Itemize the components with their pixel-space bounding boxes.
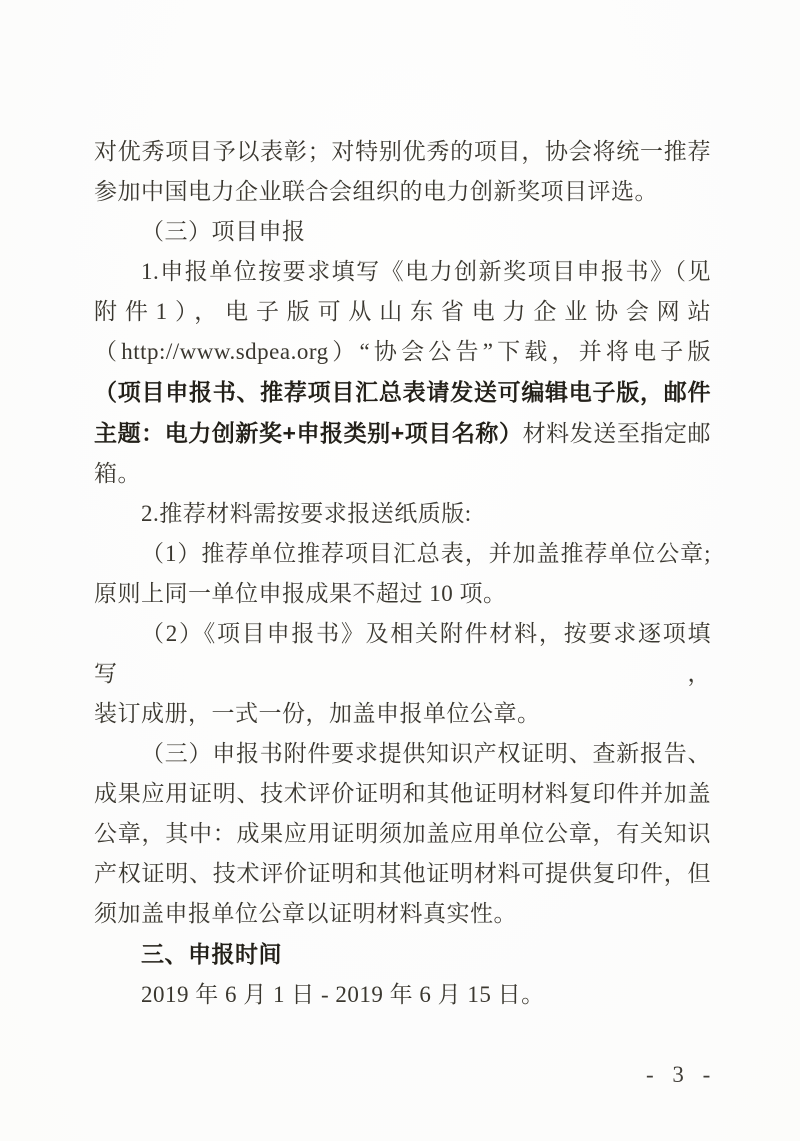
text-segment: 产权证明、技术评价证明和其他证明材料可提供复印件，但 <box>94 861 711 886</box>
text-segment: （三）项目申报 <box>141 219 306 244</box>
text-segment: 原则上同一单位申报成果不超过 10 项。 <box>94 581 507 606</box>
text-line: 成果应用证明、技术评价证明和其他证明材料复印件并加盖 <box>94 774 711 814</box>
text-line: （三）申报书附件要求提供知识产权证明、查新报告、 <box>94 734 711 774</box>
text-segment: 参加中国电力企业联合会组织的电力创新奖项目评选。 <box>94 179 658 204</box>
text-line: 须加盖申报单位公章以证明材料真实性。 <box>94 894 711 934</box>
text-segment: 成果应用证明、技术评价证明和其他证明材料复印件并加盖 <box>94 781 711 806</box>
text-line: 主题：电力创新奖+申报类别+项目名称）材料发送至指定邮 <box>94 413 711 454</box>
text-segment: 对优秀项目予以表彰；对特别优秀的项目，协会将统一推荐 <box>94 139 711 164</box>
text-segment: （http://www.sdpea.org）“协会公告”下载，并将电子版 <box>94 339 711 364</box>
text-segment: 装订成册，一式一份，加盖申报单位公章。 <box>94 701 541 726</box>
text-line: 三、申报时间 <box>94 934 711 975</box>
text-segment: 须加盖申报单位公章以证明材料真实性。 <box>94 901 517 926</box>
text-line: （2）《项目申报书》及相关附件材料，按要求逐项填写， <box>94 614 711 694</box>
text-segment: 材料发送至指定邮 <box>523 421 711 446</box>
text-segment: 1.申报单位按要求填写《电力创新奖项目申报书》（见 <box>141 259 711 284</box>
text-line: 原则上同一单位申报成果不超过 10 项。 <box>94 574 711 614</box>
text-line: 2.推荐材料需按要求报送纸质版: <box>94 494 711 534</box>
text-segment: 2019 年 6 月 1 日 - 2019 年 6 月 15 日。 <box>141 982 545 1007</box>
bold-text-segment: 主题：电力创新奖+申报类别+项目名称） <box>94 420 523 446</box>
document-page: 对优秀项目予以表彰；对特别优秀的项目，协会将统一推荐参加中国电力企业联合会组织的… <box>0 0 800 1141</box>
text-line: 2019 年 6 月 1 日 - 2019 年 6 月 15 日。 <box>94 975 711 1015</box>
text-line: 产权证明、技术评价证明和其他证明材料可提供复印件，但 <box>94 854 711 894</box>
text-line: （项目申报书、推荐项目汇总表请发送可编辑电子版，邮件 <box>94 372 711 413</box>
text-segment: 2.推荐材料需按要求报送纸质版: <box>141 501 472 526</box>
text-segment: 公章，其中：成果应用证明须加盖应用单位公章，有关知识 <box>94 821 711 846</box>
text-line: 附件1），电子版可从山东省电力企业协会网站 <box>94 292 711 332</box>
text-line: 公章，其中：成果应用证明须加盖应用单位公章，有关知识 <box>94 814 711 854</box>
document-body: 对优秀项目予以表彰；对特别优秀的项目，协会将统一推荐参加中国电力企业联合会组织的… <box>94 132 711 1015</box>
text-segment: （三）申报书附件要求提供知识产权证明、查新报告、 <box>141 741 711 766</box>
text-line: 参加中国电力企业联合会组织的电力创新奖项目评选。 <box>94 172 711 212</box>
text-segment: （1）推荐单位推荐项目汇总表，并加盖推荐单位公章; <box>141 541 711 566</box>
text-line: 对优秀项目予以表彰；对特别优秀的项目，协会将统一推荐 <box>94 132 711 172</box>
bold-text-segment: （项目申报书、推荐项目汇总表请发送可编辑电子版，邮件 <box>94 379 711 405</box>
text-line: （三）项目申报 <box>94 212 711 252</box>
text-line: 装订成册，一式一份，加盖申报单位公章。 <box>94 694 711 734</box>
bold-text-segment: 三、申报时间 <box>141 941 282 967</box>
text-line: 1.申报单位按要求填写《电力创新奖项目申报书》（见 <box>94 252 711 292</box>
page-number: - 3 - <box>646 1062 715 1088</box>
text-line: 箱。 <box>94 454 711 494</box>
text-segment: （2）《项目申报书》及相关附件材料，按要求逐项填写， <box>94 621 711 686</box>
text-line: （http://www.sdpea.org）“协会公告”下载，并将电子版 <box>94 332 711 372</box>
text-segment: 附件1），电子版可从山东省电力企业协会网站 <box>94 299 711 324</box>
text-line: （1）推荐单位推荐项目汇总表，并加盖推荐单位公章; <box>94 534 711 574</box>
text-segment: 箱。 <box>94 461 141 486</box>
